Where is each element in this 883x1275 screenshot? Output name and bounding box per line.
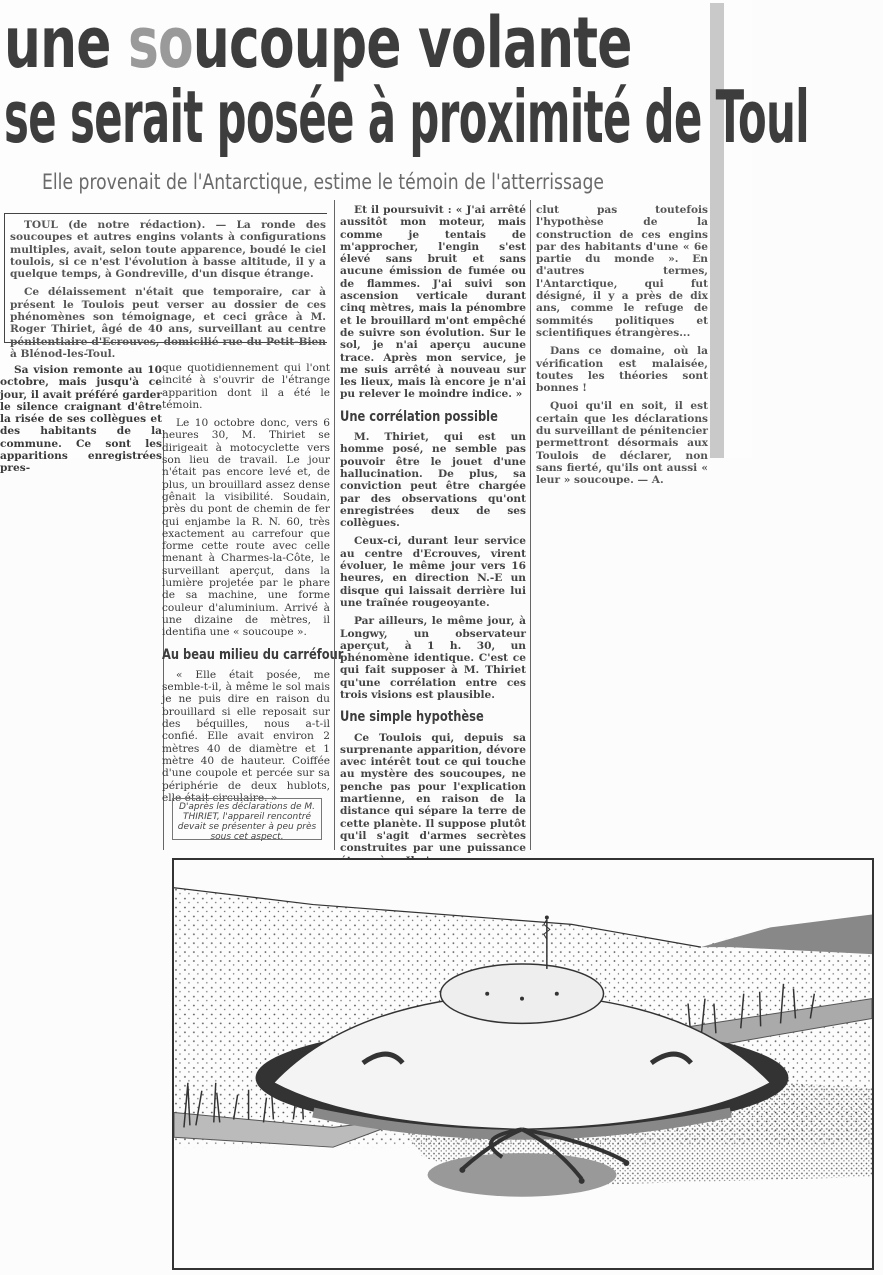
flying-saucer-illustration: [172, 858, 874, 1270]
paragraph: Le 10 octobre donc, vers 6 heures 30, M.…: [162, 417, 330, 638]
column-3: Et il poursuivit : « J'ai arrêté aussitô…: [340, 204, 526, 873]
subheadline: Elle provenait de l'Antarctique, estime …: [42, 170, 604, 194]
paragraph: Quoi qu'il en soit, il est certain que l…: [536, 400, 708, 486]
paragraph: Dans ce domaine, où la vérification est …: [536, 345, 708, 394]
paragraph: M. Thiriet, qui est un homme posé, ne se…: [340, 431, 526, 529]
illustration-caption: D'après les déclarations de M. THIRIET, …: [172, 798, 322, 840]
paragraph: Sa vision remonte au 10 octobre, mais ju…: [0, 364, 162, 475]
subheading: Une simple hypothèse: [340, 711, 493, 723]
column-2: que quotidiennement qui l'ont incité à s…: [162, 362, 330, 810]
headline-line-1: une soucoupe volante: [4, 2, 632, 84]
paragraph: « Elle était posée, me semble-t-il, à mê…: [162, 669, 330, 804]
paragraph: Par ailleurs, le même jour, à Longwy, un…: [340, 615, 526, 701]
column-divider: [334, 200, 335, 850]
paragraph: Et il poursuivit : « J'ai arrêté aussitô…: [340, 204, 526, 401]
paragraph: que quotidiennement qui l'ont incité à s…: [162, 362, 330, 411]
paragraph: clut pas toutefois l'hypothèse de la con…: [536, 204, 708, 339]
headline-highlight: so: [128, 2, 193, 84]
column-1: Sa vision remonte au 10 octobre, mais ju…: [0, 364, 162, 481]
scan-edge-strip: [710, 3, 724, 458]
subheading: Au beau milieu du carréfour: [162, 649, 300, 661]
headline-word: ucoupe volante: [193, 2, 632, 84]
lead-paragraph: TOUL (de notre rédaction). — La ronde de…: [10, 219, 326, 280]
paragraph: Ceux-ci, durant leur service au centre d…: [340, 535, 526, 609]
headline-line-2: se serait posée à proximité de Toul: [4, 75, 809, 159]
headline-word: une: [4, 2, 128, 84]
lead-text: TOUL (de notre rédaction). — La ronde de…: [10, 219, 326, 366]
column-4: clut pas toutefois l'hypothèse de la con…: [536, 204, 708, 493]
lead-paragraph: Ce délaissement n'était que temporaire, …: [10, 286, 326, 360]
saucer-drawing-icon: [174, 860, 872, 1268]
subheading: Une corrélation possible: [340, 411, 493, 423]
paragraph: Ce Toulois qui, depuis sa surprenante ap…: [340, 732, 526, 867]
column-divider: [530, 200, 531, 850]
